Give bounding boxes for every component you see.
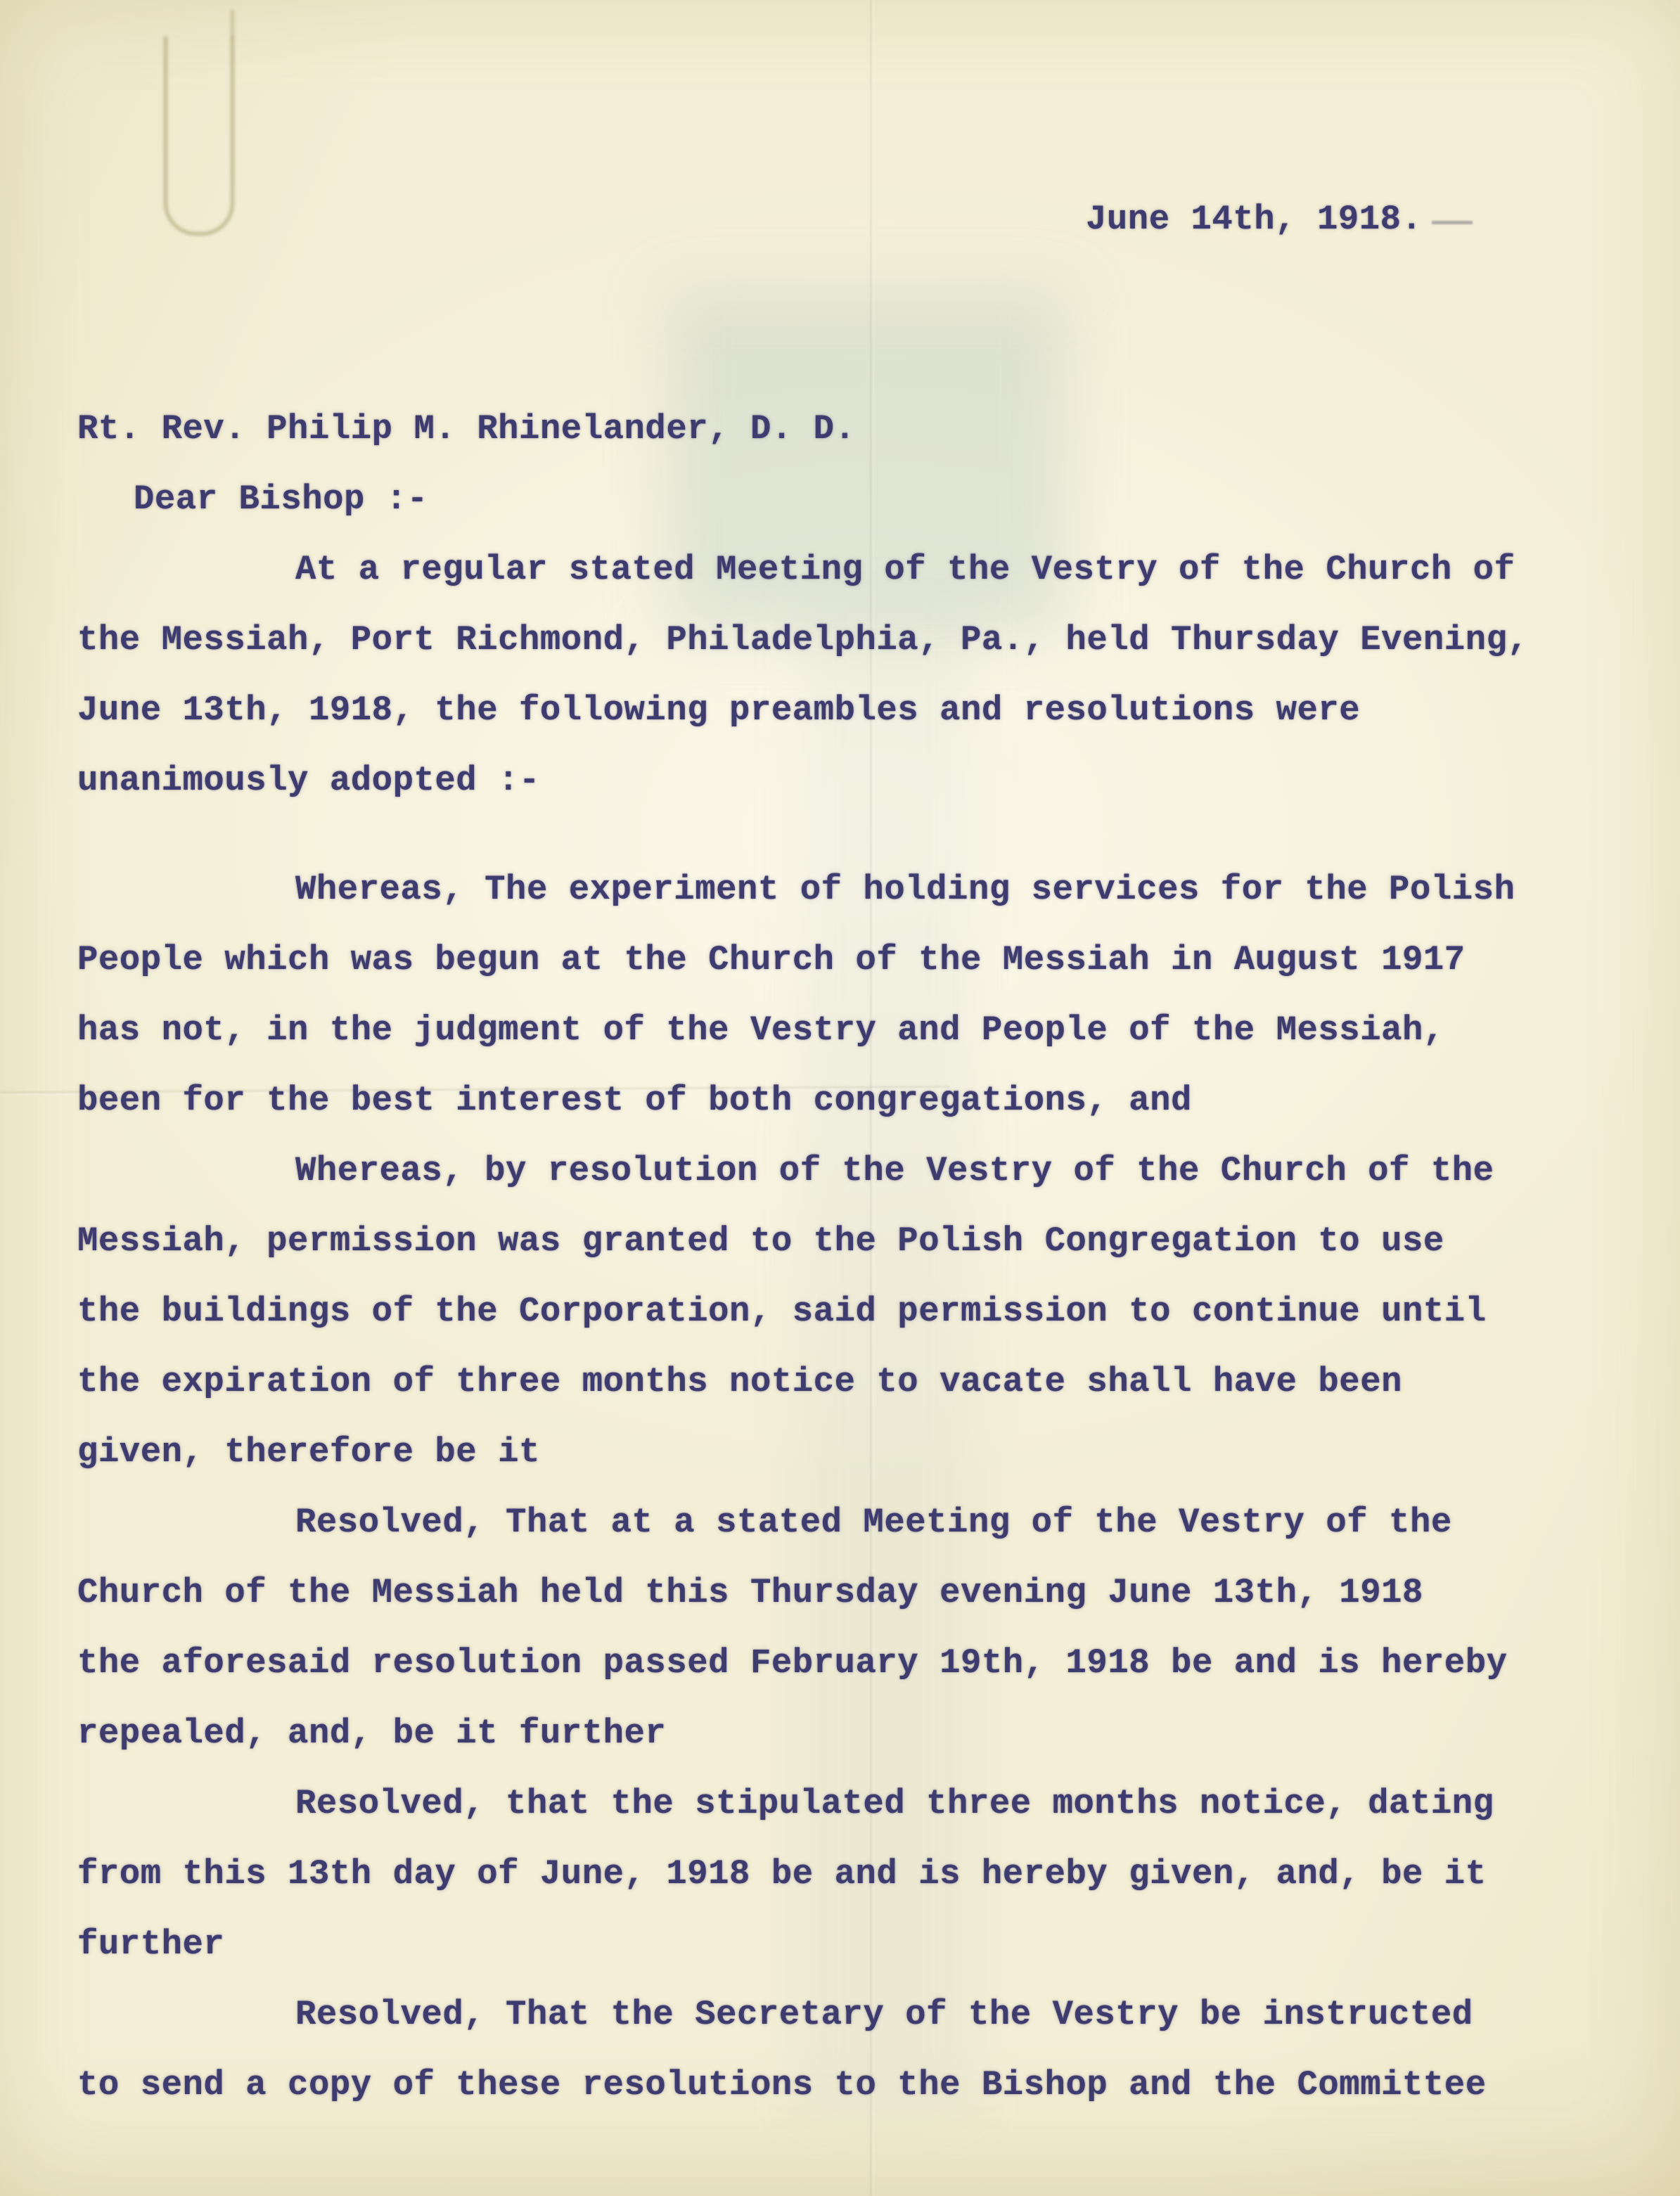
letter-line: Resolved, that the stipulated three mont… <box>77 1768 1624 1839</box>
letter-line: has not, in the judgment of the Vestry a… <box>77 995 1624 1065</box>
recipient-line: Rt. Rev. Philip M. Rhinelander, D. D. <box>77 394 1624 464</box>
letter-line: the aforesaid resolution passed February… <box>77 1628 1624 1698</box>
letter-line: June 13th, 1918, the following preambles… <box>77 675 1624 745</box>
letter-line: repealed, and, be it further <box>77 1698 1624 1768</box>
letter-line: Whereas, by resolution of the Vestry of … <box>77 1136 1624 1206</box>
letter-line: Messiah, permission was granted to the P… <box>77 1206 1624 1276</box>
letter-line: from this 13th day of June, 1918 be and … <box>77 1839 1624 1909</box>
letter-document: June 14th, 1918. Rt. Rev. Philip M. Rhin… <box>0 0 1680 2196</box>
letter-line: given, therefore be it <box>77 1417 1624 1487</box>
letter-line: Whereas, The experiment of holding servi… <box>77 854 1624 925</box>
letter-line: been for the best interest of both congr… <box>77 1065 1624 1136</box>
letter-line: the buildings of the Corporation, said p… <box>77 1276 1624 1347</box>
letter-line: unanimously adopted :- <box>77 745 1624 816</box>
date-line: June 14th, 1918. <box>1086 184 1473 255</box>
salutation-line: Dear Bishop :- <box>77 464 1624 534</box>
letter-line: the Messiah, Port Richmond, Philadelphia… <box>77 605 1624 675</box>
letter-line: the expiration of three months notice to… <box>77 1347 1624 1417</box>
scanned-letter-screenshot: { "page": { "paper_color": "#f3eed5", "i… <box>0 0 1680 2196</box>
letter-line: Resolved, That the Secretary of the Vest… <box>77 1979 1624 2050</box>
letter-line: Resolved, That at a stated Meeting of th… <box>77 1487 1624 1558</box>
paperclip-impression <box>164 37 234 236</box>
letter-text: Rt. Rev. Philip M. Rhinelander, D. D. De… <box>77 394 1624 2120</box>
letter-line: further <box>77 1909 1624 1979</box>
letter-body: At a regular stated Meeting of the Vestr… <box>77 534 1624 2120</box>
letter-date: June 14th, 1918. <box>1086 200 1422 239</box>
letter-line: People which was begun at the Church of … <box>77 925 1624 995</box>
letter-line: to send a copy of these resolutions to t… <box>77 2050 1624 2120</box>
pen-underscore-mark <box>1432 221 1473 224</box>
letter-line: Church of the Messiah held this Thursday… <box>77 1558 1624 1628</box>
letter-line: At a regular stated Meeting of the Vestr… <box>77 534 1624 605</box>
